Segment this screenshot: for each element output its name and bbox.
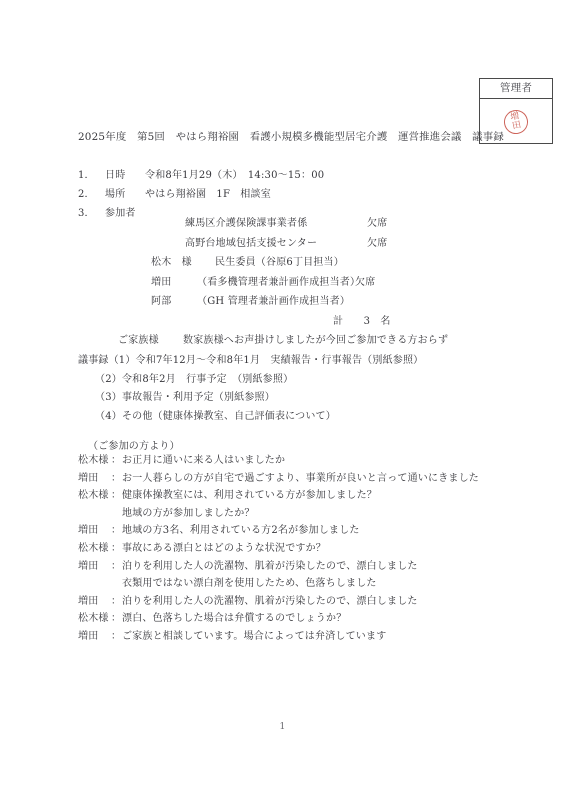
qa-colon: ：	[111, 452, 122, 470]
qa-colon: ：	[111, 558, 122, 576]
item-label: 場所	[105, 185, 145, 204]
qa-text: お一人暮らしの方が自宅で過ごすより、事業所が良いと言って通いにきました	[122, 470, 479, 488]
agenda-item: （4）その他（健康体操教室、自己評価表について）	[78, 408, 423, 427]
item-number: 2．	[78, 185, 105, 204]
participant-row: 練馬区介護保険課事業者係 欠席	[0, 214, 565, 234]
qa-line: 松木様：お正月に通いに来る人はいましたか	[78, 452, 479, 470]
qa-line: 松木様：健康体操教室には、利用されている方が参加しました？	[78, 487, 479, 505]
qa-line: 衣類用ではない漂白剤を使用したため、色落ちしました	[78, 575, 479, 593]
agenda-label: 議事録	[78, 352, 109, 371]
qa-speaker: 増田	[78, 522, 111, 540]
page-title: 2025年度 第5回 やはら翔裕園 看護小規模多機能型居宅介護 運営推進会議 議…	[78, 128, 545, 143]
item-number: 1．	[78, 166, 105, 185]
family-note-row: ご家族様 数家族様へお声掛けしましたが今回ご参加できる方おらず	[0, 331, 565, 351]
qa-line: 地域の方が参加しましたか？	[78, 505, 479, 523]
participant-desc: 練馬区介護保険課事業者係	[185, 214, 367, 234]
qa-speaker	[78, 505, 111, 523]
qa-section-heading: （ご参加の方より）	[88, 437, 180, 452]
stamp-box-label: 管理者	[480, 79, 552, 99]
participant-desc: （GH 管理者兼計画作成担当者）	[197, 292, 355, 312]
qa-colon: ：	[111, 470, 122, 488]
participant-desc: 高野台地域包括支援センター	[185, 234, 367, 254]
agenda-list: 議事録 （1）令和7年12月～令和8年1月 実績報告・行事報告（別紙参照） （2…	[78, 352, 423, 426]
qa-colon: ：	[111, 540, 122, 558]
page-number: 1	[0, 721, 565, 732]
document-page: 管理者 増 田 2025年度 第5回 やはら翔裕園 看護小規模多機能型居宅介護 …	[0, 0, 565, 800]
qa-text: お正月に通いに来る人はいましたか	[122, 452, 285, 470]
participant-name: 阿部	[151, 292, 197, 312]
qa-line: 増田：地域の方3名、利用されている方2名が参加しました	[78, 522, 479, 540]
participants-list: 練馬区介護保険課事業者係 欠席 高野台地域包括支援センター 欠席 松木 様 民生…	[0, 214, 565, 351]
qa-colon	[111, 575, 122, 593]
item-label: 日時	[105, 166, 145, 185]
qa-speaker	[78, 575, 111, 593]
qa-colon	[111, 505, 122, 523]
meeting-place: 2． 場所 やはら翔裕園 1F 相談室	[78, 185, 324, 204]
qa-text: 健康体操教室には、利用されている方が参加しました？	[122, 487, 377, 505]
qa-speaker: 増田	[78, 593, 111, 611]
qa-line: 松木様：漂白、色落ちした場合は弁償するのでしょうか？	[78, 610, 479, 628]
qa-line: 増田：泊りを利用した人の洗濯物、肌着が汚染したので、漂白しました	[78, 593, 479, 611]
qa-text: ご家族と相談しています。場合によっては弁済しています	[122, 628, 386, 646]
attendance-status: 欠席	[367, 234, 387, 254]
attendance-status: 欠席	[367, 214, 387, 234]
qa-speaker: 増田	[78, 628, 111, 646]
participant-desc: （看多機管理者兼計画作成担当者）	[197, 273, 355, 293]
qa-line: 増田：お一人暮らしの方が自宅で過ごすより、事業所が良いと言って通いにきました	[78, 470, 479, 488]
qa-colon: ：	[111, 522, 122, 540]
participant-row: 松木 様 民生委員（谷原6丁目担当）	[0, 253, 565, 273]
participant-row: 高野台地域包括支援センター 欠席	[0, 234, 565, 254]
qa-speaker: 松木様	[78, 487, 111, 505]
qa-text: 事故にある漂白とはどのような状況ですか？	[122, 540, 326, 558]
participant-row: 増田 （看多機管理者兼計画作成担当者） 欠席	[0, 273, 565, 293]
agenda-item: （3）事故報告・利用予定（別紙参照）	[78, 389, 423, 408]
qa-colon: ：	[111, 628, 122, 646]
qa-line: 増田：泊りを利用した人の洗濯物、肌着が汚染したので、漂白しました	[78, 558, 479, 576]
participant-desc: 民生委員（谷原6丁目担当）	[215, 253, 373, 273]
agenda-item: 議事録 （1）令和7年12月～令和8年1月 実績報告・行事報告（別紙参照）	[78, 352, 423, 371]
agenda-item-text: （3）事故報告・利用予定（別紙参照）	[95, 389, 275, 408]
agenda-item-text: （4）その他（健康体操教室、自己評価表について）	[95, 408, 336, 427]
qa-text: 地域の方3名、利用されている方2名が参加しました	[122, 522, 360, 540]
family-note: 数家族様へお声掛けしましたが今回ご参加できる方おらず	[183, 331, 448, 351]
agenda-item-text: （1）令和7年12月～令和8年1月 実績報告・行事報告（別紙参照）	[109, 352, 424, 371]
agenda-item-text: （2）令和8年2月 行事予定 （別紙参照）	[95, 371, 293, 390]
qa-speaker: 増田	[78, 558, 111, 576]
qa-speaker: 松木様	[78, 540, 111, 558]
qa-speaker: 増田	[78, 470, 111, 488]
participant-name: 増田	[151, 273, 197, 293]
qa-text: 漂白、色落ちした場合は弁償するのでしょうか？	[122, 610, 346, 628]
participants-total: 計 3 名	[0, 312, 565, 332]
meeting-datetime: 1． 日時 令和8年1月29（木） 14:30～15：00	[78, 166, 324, 185]
item-value: 令和8年1月29（木） 14:30～15：00	[145, 166, 324, 185]
participant-name: 松木 様	[151, 253, 215, 273]
item-value: やはら翔裕園 1F 相談室	[145, 185, 271, 204]
agenda-item: （2）令和8年2月 行事予定 （別紙参照）	[78, 371, 423, 390]
qa-line: 増田：ご家族と相談しています。場合によっては弁済しています	[78, 628, 479, 646]
qa-text: 地域の方が参加しましたか？	[122, 505, 255, 523]
qa-speaker: 松木様	[78, 452, 111, 470]
qa-speaker: 松木様	[78, 610, 111, 628]
attendance-status: 欠席	[355, 273, 375, 293]
qa-dialogue: 松木様：お正月に通いに来る人はいましたか 増田：お一人暮らしの方が自宅で過ごすよ…	[78, 452, 479, 646]
qa-colon: ：	[111, 610, 122, 628]
qa-colon: ：	[111, 593, 122, 611]
qa-line: 松木様：事故にある漂白とはどのような状況ですか？	[78, 540, 479, 558]
qa-text: 泊りを利用した人の洗濯物、肌着が汚染したので、漂白しました	[122, 593, 418, 611]
qa-colon: ：	[111, 487, 122, 505]
participant-row: 阿部 （GH 管理者兼計画作成担当者）	[0, 292, 565, 312]
qa-text: 泊りを利用した人の洗濯物、肌着が汚染したので、漂白しました	[122, 558, 418, 576]
family-label: ご家族様	[118, 331, 183, 351]
qa-text: 衣類用ではない漂白剤を使用したため、色落ちしました	[122, 575, 377, 593]
